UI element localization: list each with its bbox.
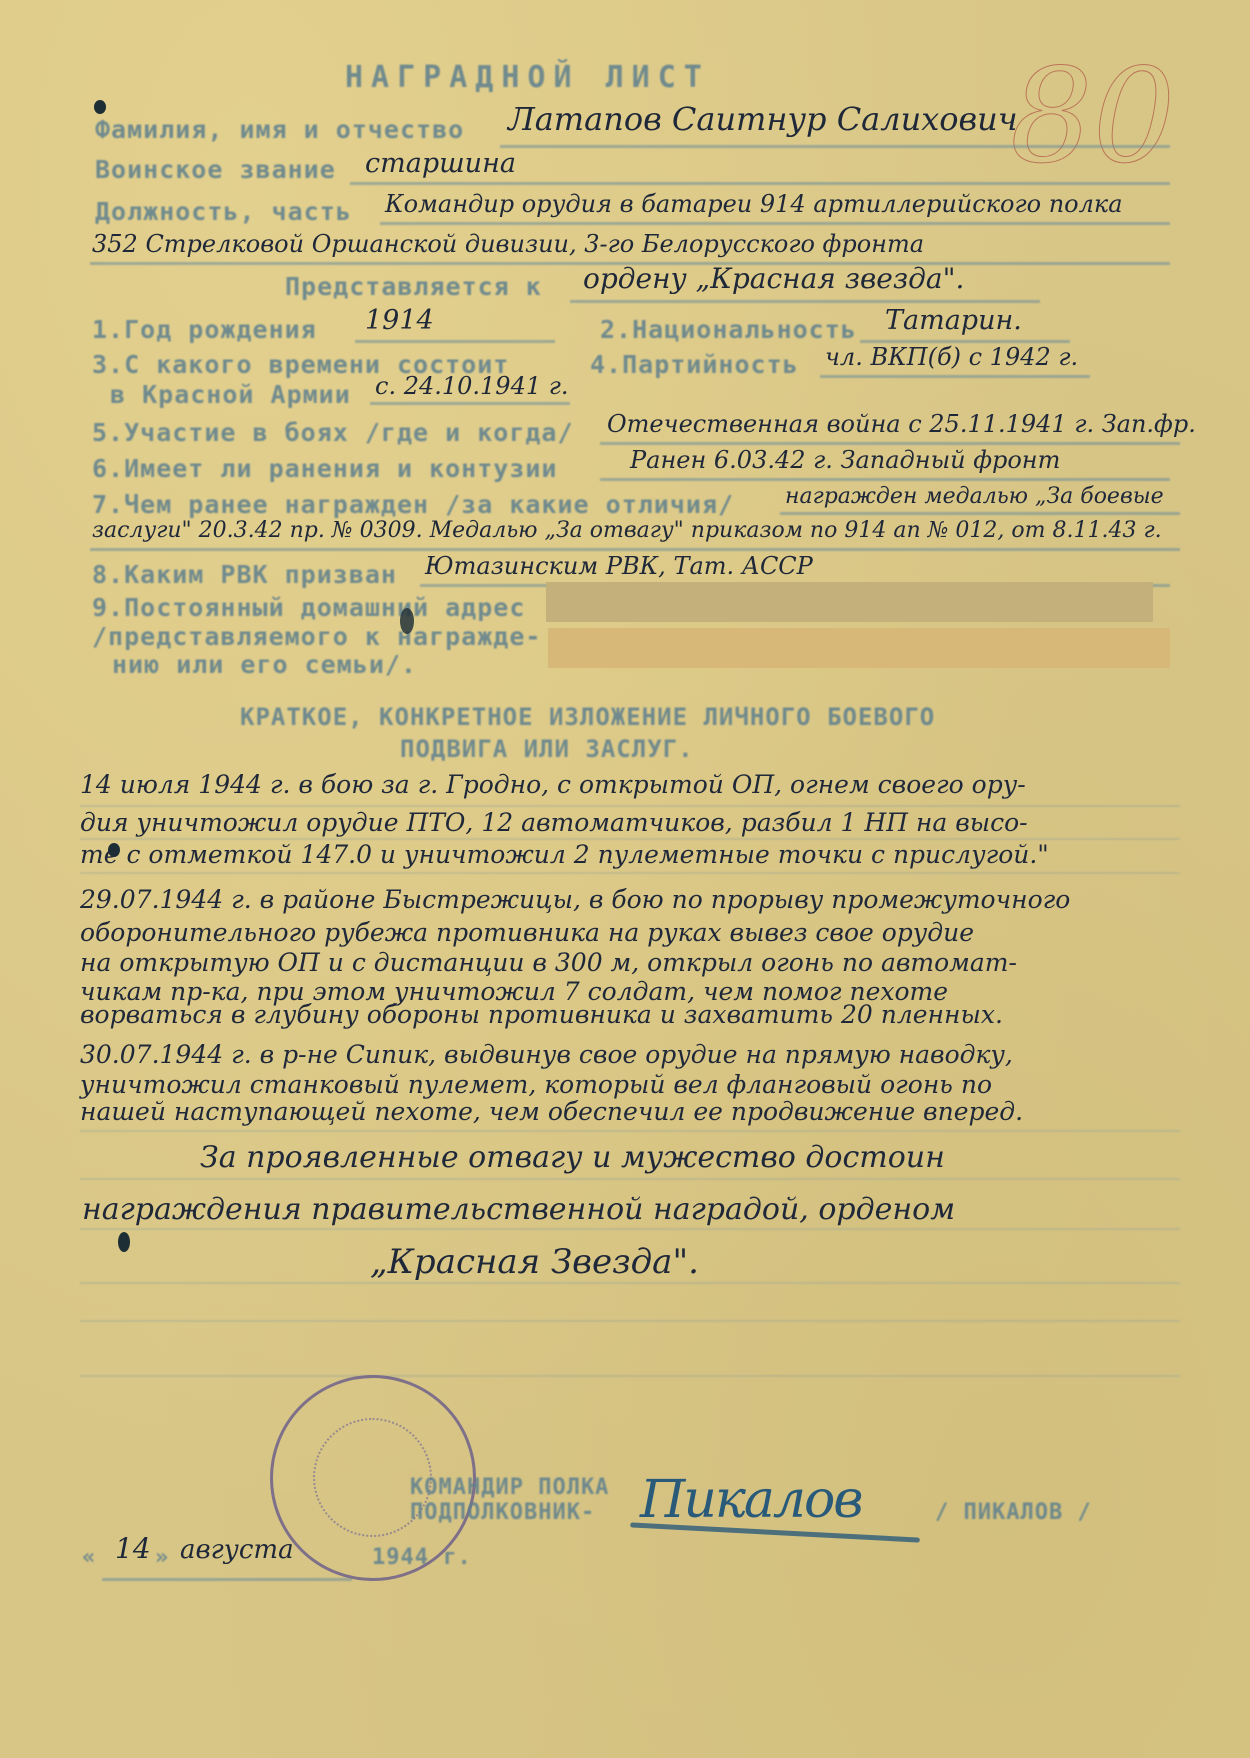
signatory-title-line1: КОМАНДИР ПОЛКА [410, 1475, 609, 1500]
field-rule [370, 402, 570, 405]
date-close-quote: » [155, 1545, 169, 1570]
previous-awards-value-line1: награжден медалью „За боевые [785, 484, 1164, 509]
field-rule [380, 222, 1170, 225]
field-rule [780, 512, 1180, 515]
summary-paragraph1-line: дия уничтожил орудие ПТО, 12 автоматчико… [80, 808, 1028, 837]
summary-paragraph2-line: ворваться в глубину обороны противника и… [80, 1000, 1003, 1029]
rank-label: Воинское звание [95, 155, 336, 184]
summary-paragraph2-line: на открытую ОП и с дистанции в 300 м, от… [80, 948, 1017, 977]
army-since-value: с. 24.10.1941 г. [375, 372, 569, 400]
handwritten-signature: Пикалов [640, 1470, 862, 1530]
line-rule [80, 1320, 1180, 1322]
army-since-label-line2: в Красной Армии [110, 380, 351, 409]
nationality-label: 2.Национальность [600, 315, 857, 344]
document-title: НАГРАДНОЙ ЛИСТ [345, 60, 710, 95]
punch-hole [400, 608, 414, 634]
address-label-line2: /представляемого к награжде- [92, 622, 541, 651]
signatory-name: / ПИКАЛОВ / [935, 1500, 1092, 1525]
position-value-line1: Командир орудия в батареи 914 артиллерий… [385, 190, 1123, 218]
birth-year-value: 1914 [365, 305, 434, 336]
battles-value: Отечественная война с 25.11.1941 г. Зап.… [607, 410, 1196, 438]
signatory-title-line2: ПОДПОЛКОВНИК- [410, 1500, 595, 1525]
nominated-label: Представляется к [285, 272, 542, 301]
position-label: Должность, часть [95, 197, 352, 226]
line-rule [80, 1375, 1180, 1377]
line-rule [80, 872, 1180, 874]
name-label: Фамилия, имя и отчество [95, 115, 464, 144]
nationality-value: Татарин. [885, 305, 1022, 336]
summary-paragraph2-line: 29.07.1944 г. в районе Быстрежицы, в бою… [80, 885, 1070, 914]
conclusion-line2: награждения правительственной наградой, … [82, 1192, 955, 1227]
pencil-margin-mark: 80 [1010, 40, 1175, 192]
date-open-quote: « [82, 1545, 96, 1570]
field-rule [355, 340, 555, 343]
field-rule [350, 182, 1170, 185]
summary-heading-line2: ПОДВИГА ИЛИ ЗАСЛУГ. [400, 735, 694, 763]
battles-label: 5.Участие в боях /где и когда/ [92, 418, 574, 447]
position-value-line2: 352 Стрелковой Оршанской дивизии, 3-го Б… [92, 230, 924, 258]
punch-mark [94, 100, 106, 114]
redacted-address-line1 [546, 582, 1153, 622]
date-month: августа [180, 1535, 294, 1565]
summary-heading-line1: КРАТКОЕ, КОНКРЕТНОЕ ИЗЛОЖЕНИЕ ЛИЧНОГО БО… [240, 703, 935, 731]
address-label-line3: нию или его семьи/. [112, 650, 417, 679]
redacted-address-line2 [548, 628, 1170, 668]
previous-awards-value-line2: заслуги" 20.3.42 пр. № 0309. Медалью „За… [92, 518, 1162, 543]
field-rule [600, 442, 1180, 445]
wounds-label: 6.Имеет ли ранения и контузии [92, 454, 558, 483]
conclusion-line1: За проявленные отвагу и мужество достоин [200, 1140, 945, 1175]
field-rule [600, 478, 1170, 481]
field-rule [500, 145, 1170, 148]
party-value: чл. ВКП(б) с 1942 г. [825, 343, 1078, 371]
summary-paragraph3-line: уничтожил станковый пулемет, который вел… [80, 1070, 992, 1099]
address-label-line1: 9.Постоянный домашний адрес [92, 593, 525, 622]
wounds-value: Ранен 6.03.42 г. Западный фронт [630, 446, 1060, 474]
date-day: 14 [115, 1532, 151, 1565]
line-rule [80, 838, 1180, 840]
nominated-value: ордену „Красная звезда". [583, 262, 964, 295]
rvk-value: Ютазинским РВК, Тат. АССР [425, 552, 813, 580]
rvk-label: 8.Каким РВК призван [92, 560, 397, 589]
field-rule [570, 300, 1040, 303]
summary-paragraph3-line: 30.07.1944 г. в р-не Сипик, выдвинув сво… [80, 1040, 1013, 1069]
line-rule [80, 1178, 1180, 1180]
field-rule [90, 548, 1180, 551]
summary-paragraph1-line: 14 июля 1944 г. в бою за г. Гродно, с от… [80, 770, 1026, 799]
party-label: 4.Партийность [590, 350, 799, 379]
line-rule [80, 805, 1180, 807]
field-rule [820, 375, 1090, 378]
summary-paragraph2-line: оборонительного рубежа противника на рук… [80, 918, 974, 947]
line-rule [80, 1130, 1180, 1132]
previous-awards-label: 7.Чем ранее награжден /за какие отличия/ [92, 490, 734, 519]
conclusion-line3: „Красная Звезда". [370, 1242, 699, 1282]
line-rule [80, 1228, 1180, 1230]
birth-year-label: 1.Год рождения [92, 315, 317, 344]
punch-mark [118, 1232, 130, 1252]
name-value: Латапов Саитнур Салихович [508, 100, 1018, 138]
line-rule [80, 1282, 1180, 1284]
summary-paragraph3-line: нашей наступающей пехоте, чем обеспечил … [80, 1097, 1023, 1126]
rank-value: старшина [365, 148, 516, 179]
date-year: 1944 г. [372, 1545, 472, 1570]
date-rule [102, 1578, 352, 1581]
summary-paragraph1-line: те с отметкой 147.0 и уничтожил 2 пулеме… [80, 840, 1049, 869]
